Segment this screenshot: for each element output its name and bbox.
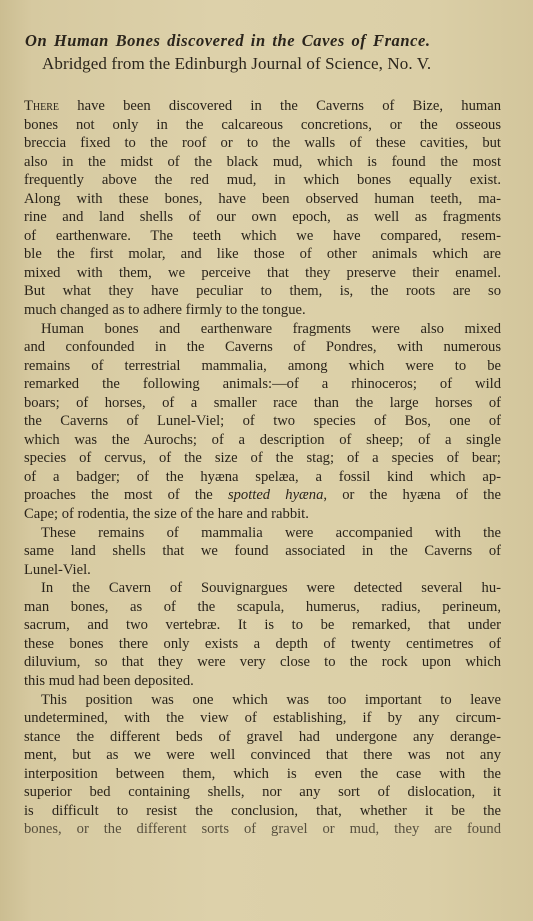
- body-line: stance the different beds of gravel had …: [24, 728, 501, 747]
- body-line: these bones there only exists a depth of…: [24, 635, 501, 654]
- body-line: which was the Aurochs; of a description …: [24, 431, 501, 450]
- body-line: superior bed containing shells, nor any …: [24, 783, 501, 802]
- body-line: These remains of mammalia were accompani…: [24, 524, 501, 543]
- body-line: is difficult to resist the conclusion, t…: [24, 802, 501, 821]
- body-line: proaches the most of the spotted hyæna, …: [24, 486, 501, 505]
- body-line: boars; of horses, of a smaller race than…: [24, 394, 501, 413]
- body-line: much changed as to adhere firmly to the …: [24, 301, 501, 320]
- body-line: rine and land shells of our own epoch, a…: [24, 208, 501, 227]
- body-line: Along with these bones, have been observ…: [24, 190, 501, 209]
- body-line: Cape; of rodentia, the size of the hare …: [24, 505, 501, 524]
- body-line: of a badger; of the hyæna spelæa, a foss…: [24, 468, 501, 487]
- body-line: the Caverns of Lunel-Viel; of two specie…: [24, 412, 501, 431]
- body-line: sacrum, and two vertebræ. It is to be re…: [24, 616, 501, 635]
- body-line: ment, but as we were well convinced that…: [24, 746, 501, 765]
- scanned-page: On Human Bones discovered in the Caves o…: [0, 0, 533, 921]
- body-line: In the Cavern of Souvignargues were dete…: [24, 579, 501, 598]
- body-line: species of cervus, of the size of the st…: [24, 449, 501, 468]
- body-line: This position was one which was too impo…: [24, 691, 501, 710]
- body-line: Human bones and earthenware fragments we…: [24, 320, 501, 339]
- article-title: On Human Bones discovered in the Caves o…: [25, 31, 515, 51]
- body-line: There have been discovered in the Cavern…: [24, 97, 501, 116]
- body-line: man bones, as of the scapula, humerus, r…: [24, 598, 501, 617]
- italic-term: spotted hyæna: [228, 487, 323, 503]
- body-line: and confounded in the Caverns of Pondres…: [24, 338, 501, 357]
- body-line: interposition between them, which is eve…: [24, 765, 501, 784]
- body-line: diluvium, so that they were very close t…: [24, 653, 501, 672]
- body-line: ble the first molar, and like those of o…: [24, 245, 501, 264]
- body-line: frequently above the red mud, in which b…: [24, 171, 501, 190]
- body-line: undetermined, with the view of establish…: [24, 709, 501, 728]
- body-line: Lunel-Viel.: [24, 561, 501, 580]
- body-line: bones, or the different sorts of gravel …: [24, 820, 501, 839]
- body-line: breccia fixed to the roof or to the wall…: [24, 134, 501, 153]
- body-line: also in the midst of the black mud, whic…: [24, 153, 501, 172]
- article-body: There have been discovered in the Cavern…: [24, 97, 501, 839]
- body-line: bones not only in the calcareous concret…: [24, 116, 501, 135]
- lead-word: There: [24, 98, 59, 114]
- body-line: remarked the following animals:—of a rhi…: [24, 375, 501, 394]
- body-line: this mud had been deposited.: [24, 672, 501, 691]
- body-line: same land shells that we found associate…: [24, 542, 501, 561]
- body-line: of earthenware. The teeth which we have …: [24, 227, 501, 246]
- body-line: remains of terrestrial mammalia, among w…: [24, 357, 501, 376]
- article-subtitle: Abridged from the Edinburgh Journal of S…: [42, 54, 512, 74]
- body-line: mixed with them, we perceive that they p…: [24, 264, 501, 283]
- body-line: But what they have peculiar to them, is,…: [24, 282, 501, 301]
